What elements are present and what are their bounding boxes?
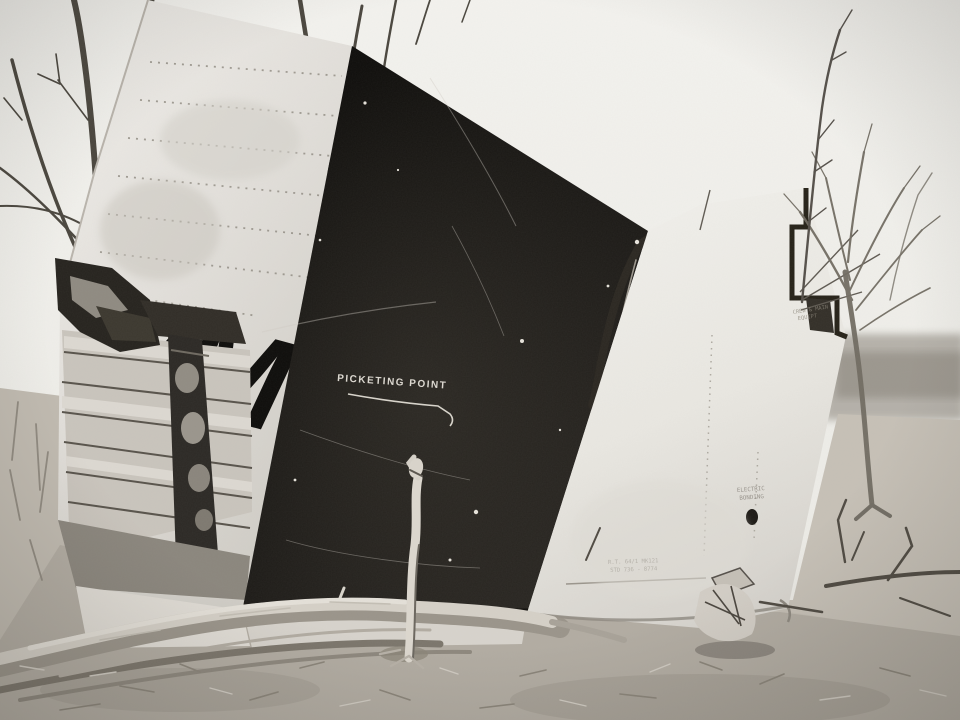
vignette [0,0,960,720]
photograph: VM [0,0,960,720]
photo-canvas: VM [0,0,960,720]
